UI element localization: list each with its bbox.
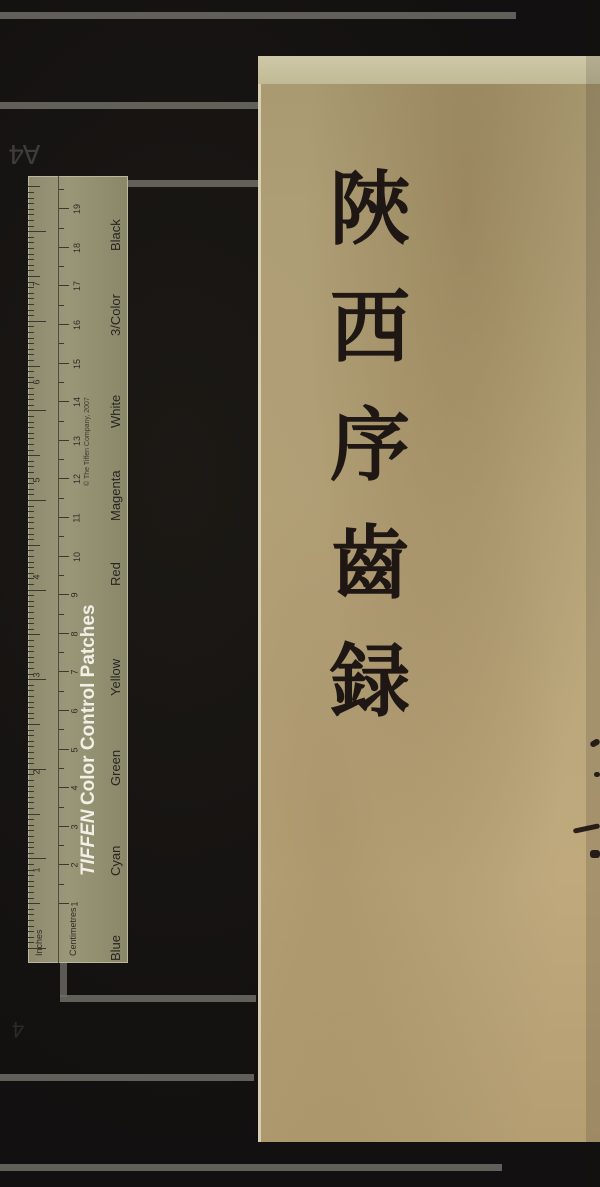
inch-tick	[28, 886, 34, 887]
inch-tick	[28, 903, 40, 904]
inch-tick	[28, 461, 34, 462]
cm-tick	[59, 556, 69, 557]
cm-tick	[59, 903, 69, 904]
inch-mark: 6	[32, 379, 42, 384]
inch-tick	[28, 853, 34, 854]
patch-magenta: Magenta	[108, 470, 123, 521]
guide-line	[60, 963, 67, 997]
inch-tick	[28, 354, 34, 355]
inch-tick	[28, 920, 34, 921]
inch-tick	[28, 332, 34, 333]
guide-line	[0, 102, 258, 109]
inch-tick	[28, 399, 34, 400]
inch-tick	[28, 808, 34, 809]
cm-mark: 17	[72, 281, 82, 291]
inch-ruler	[28, 176, 59, 963]
centimetres-label: Centimetres	[68, 907, 78, 956]
inch-tick	[28, 797, 34, 798]
inch-tick	[28, 909, 34, 910]
inch-tick	[28, 595, 34, 596]
cm-tick	[59, 285, 69, 286]
cm-tick	[59, 382, 64, 383]
inch-tick	[28, 707, 34, 708]
inch-tick	[28, 248, 34, 249]
inch-tick	[28, 366, 40, 367]
inch-tick	[28, 371, 34, 372]
inch-tick	[28, 203, 34, 204]
inch-tick	[28, 298, 34, 299]
color-control-card: 123456789101112131415161718191234567 Inc…	[28, 176, 128, 963]
cm-tick	[59, 864, 69, 865]
inch-tick	[28, 349, 34, 350]
copyright-text: © The Tiffen Company, 2007	[84, 397, 91, 486]
inch-tick	[28, 231, 46, 232]
inch-tick	[28, 427, 34, 428]
inch-tick	[28, 198, 34, 199]
manuscript-title: 陜 西 序 齒 録	[300, 150, 440, 740]
inch-tick	[28, 410, 46, 411]
right-shadow	[586, 0, 600, 1187]
inch-tick	[28, 226, 34, 227]
cm-tick	[59, 478, 69, 479]
patch-yellow: Yellow	[108, 659, 123, 696]
inch-tick	[28, 601, 34, 602]
title-char: 西	[300, 268, 440, 386]
inch-tick	[28, 455, 40, 456]
patch-3color: 3/Color	[108, 294, 123, 336]
inch-tick	[28, 724, 40, 725]
inch-tick	[28, 763, 34, 764]
inch-tick	[28, 394, 34, 395]
inch-tick	[28, 276, 40, 277]
inch-tick	[28, 590, 46, 591]
title-char: 陜	[300, 150, 440, 268]
cm-mark: 13	[72, 436, 82, 446]
inch-tick	[28, 450, 34, 451]
inch-tick	[28, 702, 34, 703]
inch-tick	[28, 741, 34, 742]
inch-tick	[28, 214, 34, 215]
cm-tick	[59, 807, 64, 808]
inch-tick	[28, 668, 34, 669]
inch-tick	[28, 780, 34, 781]
inch-tick	[28, 646, 34, 647]
inch-tick	[28, 825, 34, 826]
inch-tick	[28, 864, 34, 865]
cm-tick	[59, 710, 69, 711]
inch-tick	[28, 786, 34, 787]
cm-mark: 9	[70, 593, 80, 598]
inch-mark: 2	[32, 770, 42, 775]
title-char: 録	[300, 622, 440, 740]
card-title: Color Control Patches	[78, 604, 99, 805]
inch-tick	[28, 690, 34, 691]
guide-line	[60, 995, 256, 1002]
cm-tick	[59, 459, 64, 460]
cm-tick	[59, 787, 69, 788]
inch-tick	[28, 422, 34, 423]
inch-tick	[28, 528, 34, 529]
inch-tick	[28, 875, 34, 876]
inch-tick	[28, 209, 34, 210]
cm-tick	[59, 691, 64, 692]
inch-tick	[28, 511, 34, 512]
inch-tick	[28, 562, 34, 563]
inch-tick	[28, 713, 34, 714]
inch-tick	[28, 926, 34, 927]
inch-tick	[28, 270, 34, 271]
page-marker-a4: A4	[10, 138, 40, 168]
guide-line	[0, 1074, 254, 1081]
inch-tick	[28, 254, 34, 255]
cm-tick	[59, 440, 69, 441]
inch-tick	[28, 433, 34, 434]
inch-tick	[28, 567, 34, 568]
tiffen-logo: TIFFEN	[78, 810, 99, 877]
inch-tick	[28, 892, 34, 893]
inch-tick	[28, 914, 34, 915]
cm-tick	[59, 343, 64, 344]
patch-blue: Blue	[108, 935, 123, 961]
title-char: 序	[300, 386, 440, 504]
inch-tick	[28, 489, 34, 490]
patch-cyan: Cyan	[108, 846, 123, 876]
inch-tick	[28, 326, 34, 327]
inch-tick	[28, 746, 34, 747]
inch-tick	[28, 287, 34, 288]
inch-tick	[28, 881, 34, 882]
inch-tick	[28, 377, 34, 378]
page-marker-4: 4	[12, 1016, 24, 1042]
cm-mark: 10	[72, 552, 82, 562]
inch-tick	[28, 186, 40, 187]
cm-tick	[59, 421, 64, 422]
cm-tick	[59, 536, 64, 537]
inch-tick	[28, 343, 34, 344]
cm-tick	[59, 845, 64, 846]
inch-tick	[28, 685, 34, 686]
inch-tick	[28, 718, 34, 719]
inch-tick	[28, 584, 34, 585]
inch-tick	[28, 494, 34, 495]
inch-tick	[28, 898, 34, 899]
inch-mark: 4	[32, 575, 42, 580]
cm-mark: 15	[72, 359, 82, 369]
inch-tick	[28, 539, 34, 540]
inch-tick	[28, 500, 46, 501]
inch-tick	[28, 802, 34, 803]
inch-tick	[28, 606, 34, 607]
cm-tick	[59, 324, 69, 325]
inch-tick	[28, 550, 34, 551]
inch-tick	[28, 321, 46, 322]
cm-mark: 18	[72, 243, 82, 253]
inch-tick	[28, 338, 34, 339]
card-heading: TIFFEN Color Control Patches	[78, 604, 100, 876]
inch-mark: 3	[32, 672, 42, 677]
inch-tick	[28, 612, 34, 613]
cm-tick	[59, 652, 64, 653]
inch-tick	[28, 730, 34, 731]
inch-tick	[28, 438, 34, 439]
inch-tick	[28, 416, 34, 417]
cm-tick	[59, 363, 69, 364]
inch-tick	[28, 388, 34, 389]
inch-tick	[28, 545, 40, 546]
cm-tick	[59, 826, 69, 827]
inch-tick	[28, 237, 34, 238]
cm-tick	[59, 305, 64, 306]
cm-tick	[59, 247, 69, 248]
cm-mark: 11	[72, 513, 82, 522]
inch-tick	[28, 534, 34, 535]
inch-tick	[28, 758, 34, 759]
inch-tick	[28, 651, 34, 652]
inch-tick	[28, 842, 34, 843]
patch-black: Black	[108, 219, 123, 251]
cm-tick	[59, 614, 64, 615]
inch-tick	[28, 472, 34, 473]
cm-tick	[59, 208, 69, 209]
cm-tick	[59, 228, 64, 229]
inch-tick	[28, 752, 34, 753]
inch-tick	[28, 360, 34, 361]
inch-mark: 7	[32, 282, 42, 287]
cm-mark: 1	[70, 901, 80, 906]
inches-label: Inches	[34, 929, 44, 956]
guide-line	[0, 1164, 502, 1171]
inch-mark: 5	[32, 477, 42, 482]
cm-tick	[59, 671, 69, 672]
inch-tick	[28, 522, 34, 523]
guide-line	[0, 12, 516, 19]
inch-tick	[28, 662, 34, 663]
inch-tick	[28, 657, 34, 658]
cm-tick	[59, 401, 69, 402]
cm-tick	[59, 594, 69, 595]
inch-tick	[28, 847, 34, 848]
inch-tick	[28, 640, 34, 641]
cm-mark: 16	[72, 320, 82, 330]
patch-green: Green	[108, 750, 123, 786]
inch-tick	[28, 735, 34, 736]
inch-tick	[28, 192, 34, 193]
cm-mark: 14	[72, 397, 82, 407]
inch-tick	[28, 618, 34, 619]
inch-mark: 1	[32, 867, 42, 872]
inch-tick	[28, 483, 34, 484]
inch-tick	[28, 679, 46, 680]
inch-tick	[28, 774, 34, 775]
inch-tick	[28, 556, 34, 557]
cm-mark: 19	[72, 204, 82, 214]
cm-tick	[59, 768, 64, 769]
inch-tick	[28, 466, 34, 467]
inch-tick	[28, 444, 34, 445]
cm-mark: 12	[72, 474, 82, 484]
inch-tick	[28, 836, 34, 837]
cm-tick	[59, 189, 64, 190]
inch-tick	[28, 696, 34, 697]
inch-tick	[28, 405, 34, 406]
cm-tick	[59, 498, 64, 499]
inch-tick	[28, 623, 34, 624]
cm-tick	[59, 884, 64, 885]
title-char: 齒	[300, 504, 440, 622]
inch-tick	[28, 819, 34, 820]
cm-tick	[59, 575, 64, 576]
patch-red: Red	[108, 562, 123, 586]
inch-tick	[28, 259, 34, 260]
inch-tick	[28, 265, 34, 266]
inch-tick	[28, 634, 40, 635]
inch-tick	[28, 791, 34, 792]
inch-tick	[28, 830, 34, 831]
inch-tick	[28, 220, 34, 221]
guide-line	[128, 180, 258, 187]
inch-tick	[28, 310, 34, 311]
cm-tick	[59, 633, 69, 634]
cm-tick	[59, 266, 64, 267]
patch-white: White	[108, 395, 123, 428]
inch-tick	[28, 629, 34, 630]
cm-tick	[59, 749, 69, 750]
cm-tick	[59, 729, 64, 730]
inch-tick	[28, 304, 34, 305]
inch-tick	[28, 293, 34, 294]
inch-tick	[28, 242, 34, 243]
inch-tick	[28, 506, 34, 507]
inch-tick	[28, 858, 46, 859]
inch-tick	[28, 814, 40, 815]
cm-tick	[59, 517, 69, 518]
inch-tick	[28, 315, 34, 316]
inch-tick	[28, 517, 34, 518]
